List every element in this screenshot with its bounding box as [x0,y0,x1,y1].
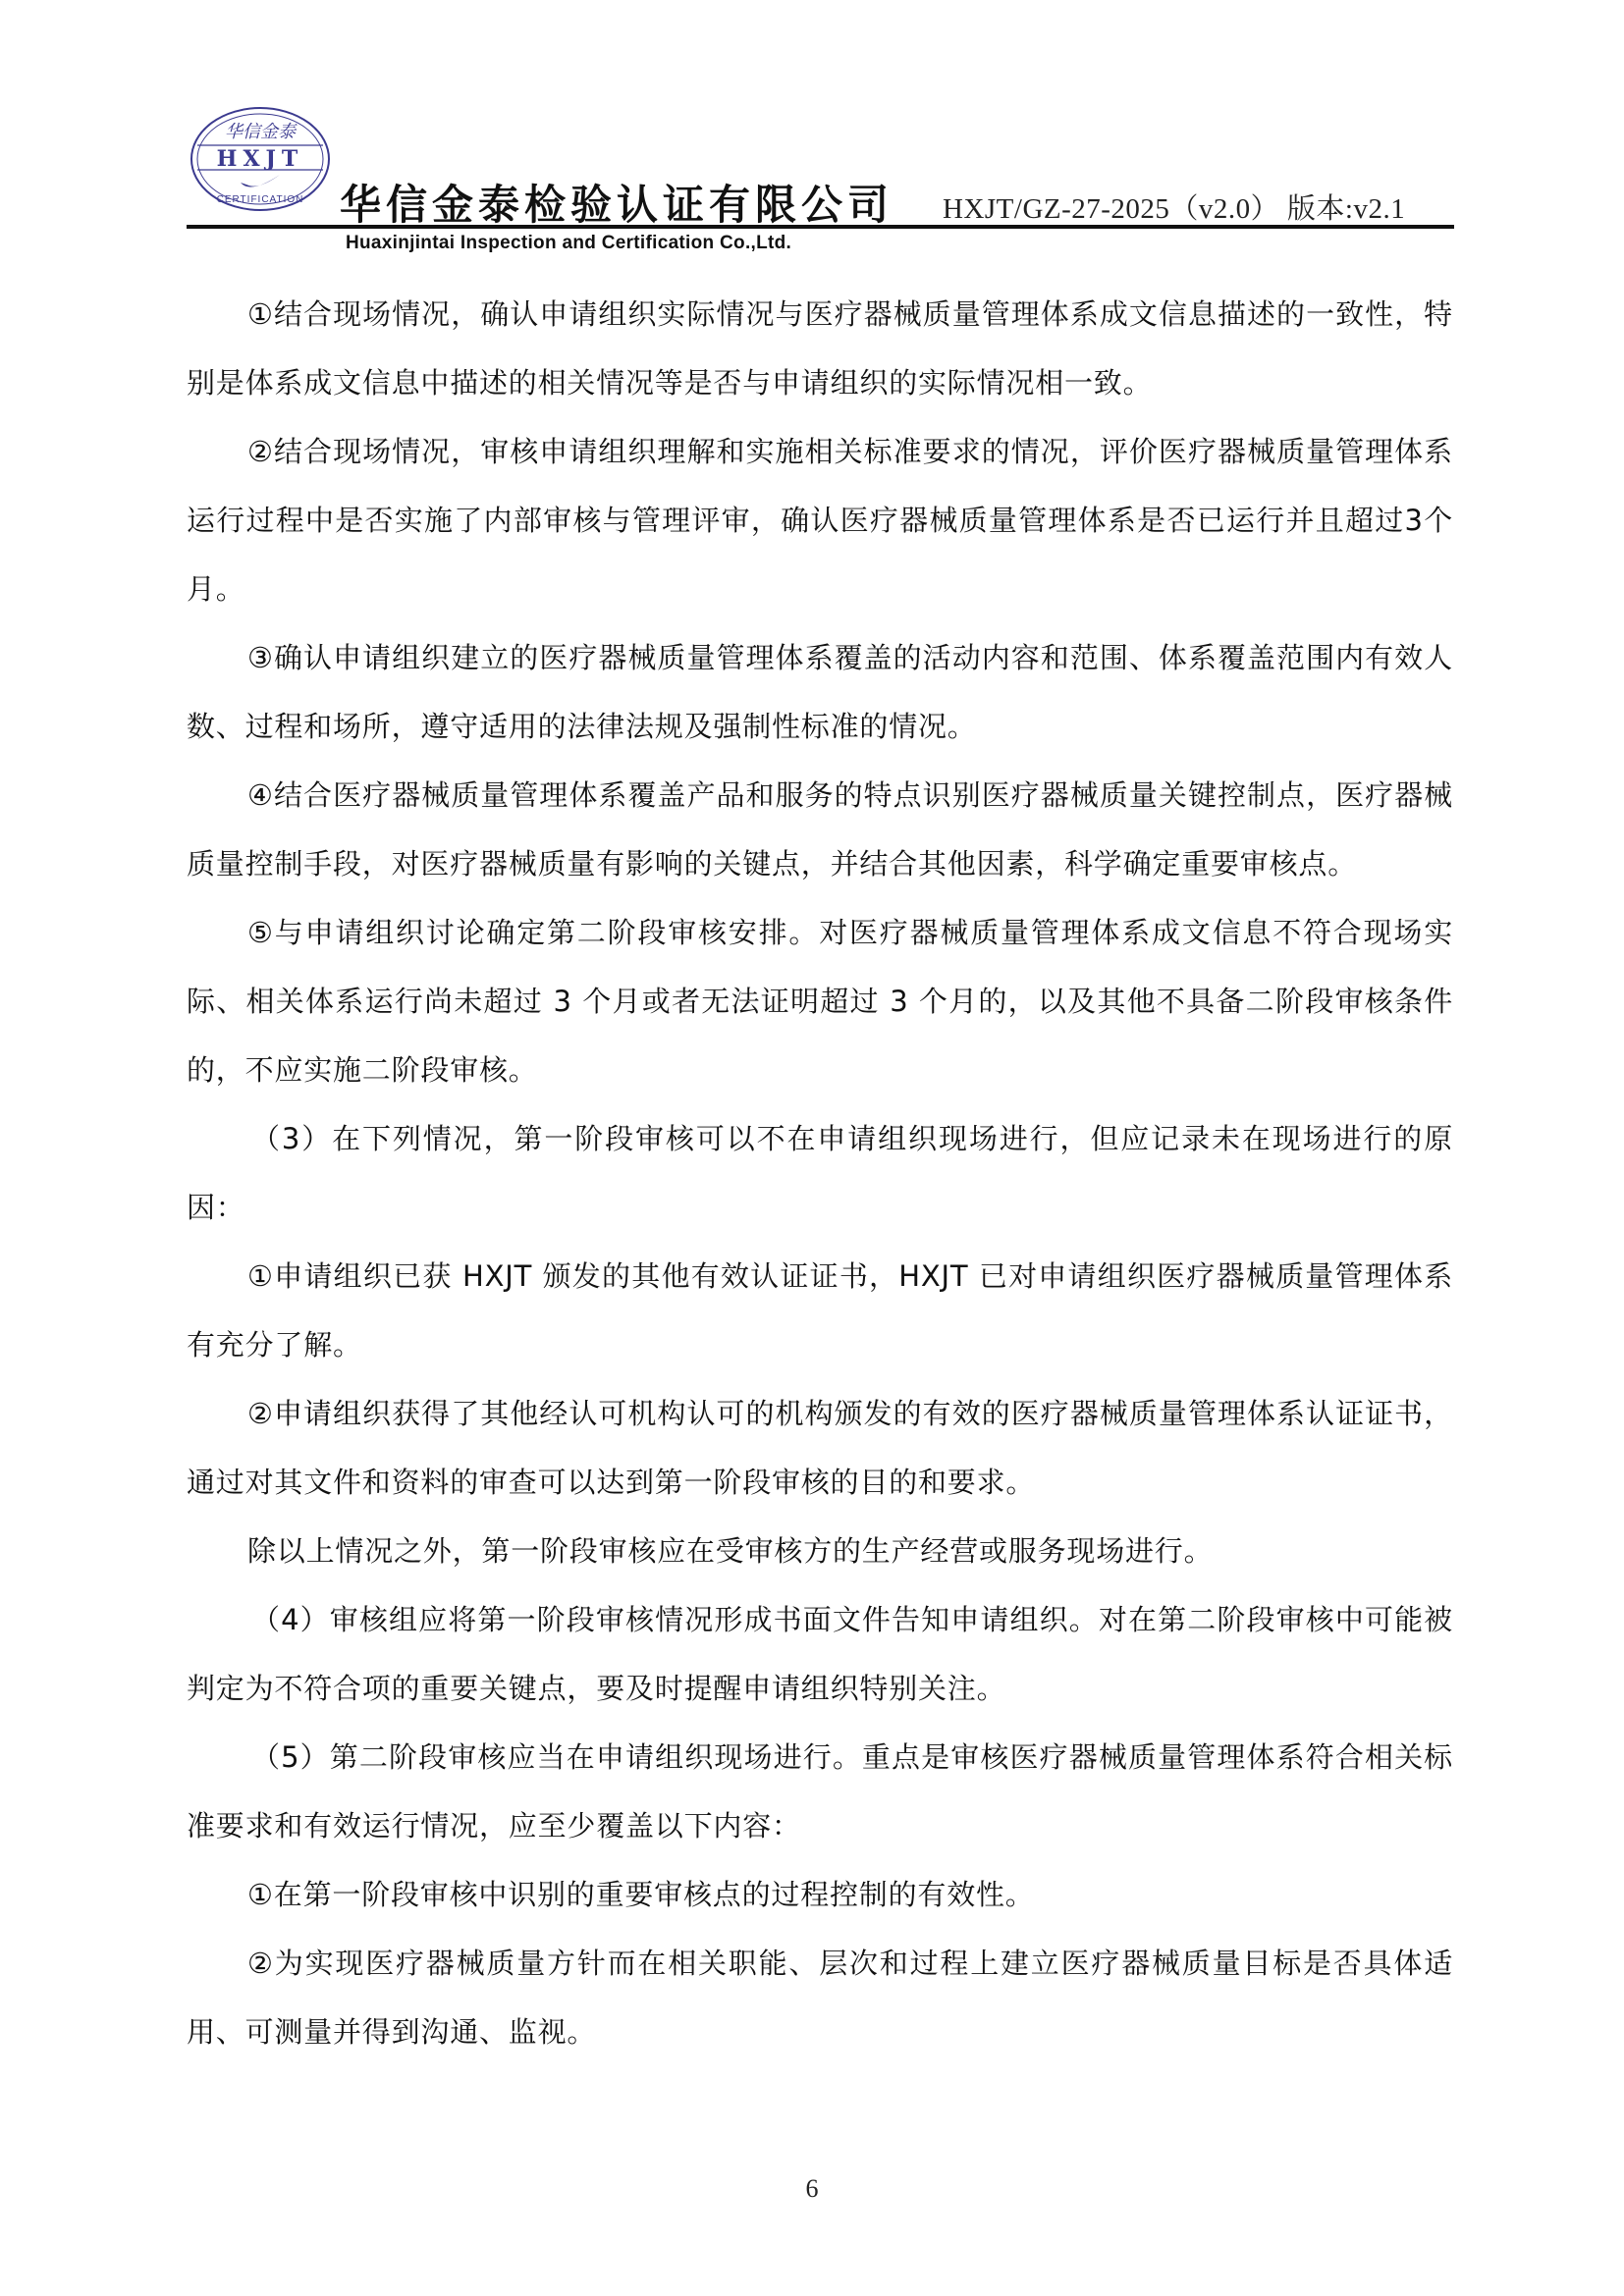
paragraph-clause-5-item-2: ②为实现医疗器械质量方针而在相关职能、层次和过程上建立医疗器械质量目标是否具体适… [187,1929,1453,2066]
page-number: 6 [0,2174,1624,2204]
paragraph-clause-5-item-1: ①在第一阶段审核中识别的重要审核点的过程控制的有效性。 [187,1860,1453,1929]
paragraph-clause-4: （4）审核组应将第一阶段审核情况形成书面文件告知申请组织。对在第二阶段审核中可能… [187,1585,1453,1723]
paragraph-item-5: ⑤与申请组织讨论确定第二阶段审核安排。对医疗器械质量管理体系成文信息不符合现场实… [187,898,1453,1104]
company-name-cn: 华信金泰检验认证有限公司 [340,173,893,232]
paragraph-clause-3: （3）在下列情况，第一阶段审核可以不在申请组织现场进行，但应记录未在现场进行的原… [187,1104,1453,1242]
document-code: HXJT/GZ-27-2025（v2.0） 版本:v2.1 [943,187,1405,227]
paragraph-item-1: ①结合现场情况，确认申请组织实际情况与医疗器械质量管理体系成文信息描述的一致性，… [187,280,1453,417]
company-logo: 华信金泰 HXJT CERTIFICATION [189,106,332,212]
paragraph-item-4: ④结合医疗器械质量管理体系覆盖产品和服务的特点识别医疗器械质量关键控制点，医疗器… [187,761,1453,898]
svg-text:HXJT: HXJT [217,146,304,172]
document-body: ①结合现场情况，确认申请组织实际情况与医疗器械质量管理体系成文信息描述的一致性，… [187,280,1453,2066]
hxjt-logo-icon: 华信金泰 HXJT CERTIFICATION [189,106,332,212]
company-name-en: Huaxinjintai Inspection and Certificatio… [346,233,791,254]
svg-text:华信金泰: 华信金泰 [225,122,298,142]
svg-text:CERTIFICATION: CERTIFICATION [217,194,304,205]
document-page: 华信金泰 HXJT CERTIFICATION 华信金泰检验认证有限公司 HXJ… [0,0,1624,2296]
paragraph-clause-3-item-1: ①申请组织已获 HXJT 颁发的其他有效认证证书，HXJT 已对申请组织医疗器械… [187,1242,1453,1379]
paragraph-clause-3-item-2: ②申请组织获得了其他经认可机构认可的机构颁发的有效的医疗器械质量管理体系认证证书… [187,1379,1453,1517]
paragraph-item-3: ③确认申请组织建立的医疗器械质量管理体系覆盖的活动内容和范围、体系覆盖范围内有效… [187,623,1453,761]
paragraph-item-2: ②结合现场情况，审核申请组织理解和实施相关标准要求的情况，评价医疗器械质量管理体… [187,417,1453,623]
paragraph-exception-note: 除以上情况之外，第一阶段审核应在受审核方的生产经营或服务现场进行。 [187,1517,1453,1585]
header-divider [187,225,1454,229]
paragraph-clause-5: （5）第二阶段审核应当在申请组织现场进行。重点是审核医疗器械质量管理体系符合相关… [187,1723,1453,1860]
